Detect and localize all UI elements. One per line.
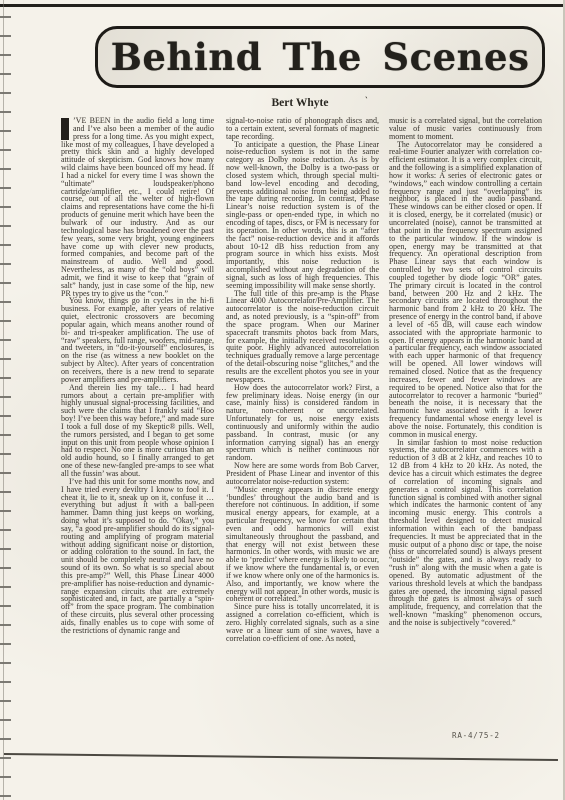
article-title: Behind The Scenes [111,35,530,79]
masthead-box: Behind The Scenes [95,26,545,88]
page-number: RA-4/75-2 [452,731,552,740]
article-paragraph: How does the autocorrelator work? First,… [226,384,379,462]
article-paragraph: Now here are some words from Bob Carver,… [226,462,379,486]
article-paragraph: And therein lies my tale… I had heard ru… [61,384,214,478]
article-paragraph: In similar fashion to most noise reducti… [389,439,542,627]
binding-ticks [0,0,11,800]
article-paragraph: I’VE BEEN in the audio field a long time… [61,117,214,297]
article-paragraph: You know, things go in cycles in the hi-… [61,297,214,383]
article-paragraph: To anticipate a question, the Phase Line… [226,141,379,290]
article-paragraph: music is a correlated signal, but the co… [389,117,542,141]
article-paragraph: “Music energy appears in discrete energy… [226,486,379,604]
magazine-page: { "page": { "title": "Behind The Scenes"… [0,0,565,800]
article-column-1: I’VE BEEN in the audio field a long time… [61,117,214,751]
article-paragraph: signal-to-noise ratio of phonograph disc… [226,117,379,141]
article-column-2: signal-to-noise ratio of phonograph disc… [226,117,379,751]
article-paragraph: Since pure hiss is totally uncorrelated,… [226,603,379,642]
article-paragraph: The full title of this pre-amp is the Ph… [226,290,379,384]
article-column-3: music is a correlated signal, but the co… [389,117,542,751]
bottom-rule [4,753,558,761]
top-rule [0,4,565,7]
binding-edge-line [3,0,4,800]
article-paragraph: I’ve had this unit for some months now, … [61,478,214,635]
article-paragraph: The Autocorrelator may be considered a r… [389,141,542,439]
drop-cap: I [61,118,69,140]
